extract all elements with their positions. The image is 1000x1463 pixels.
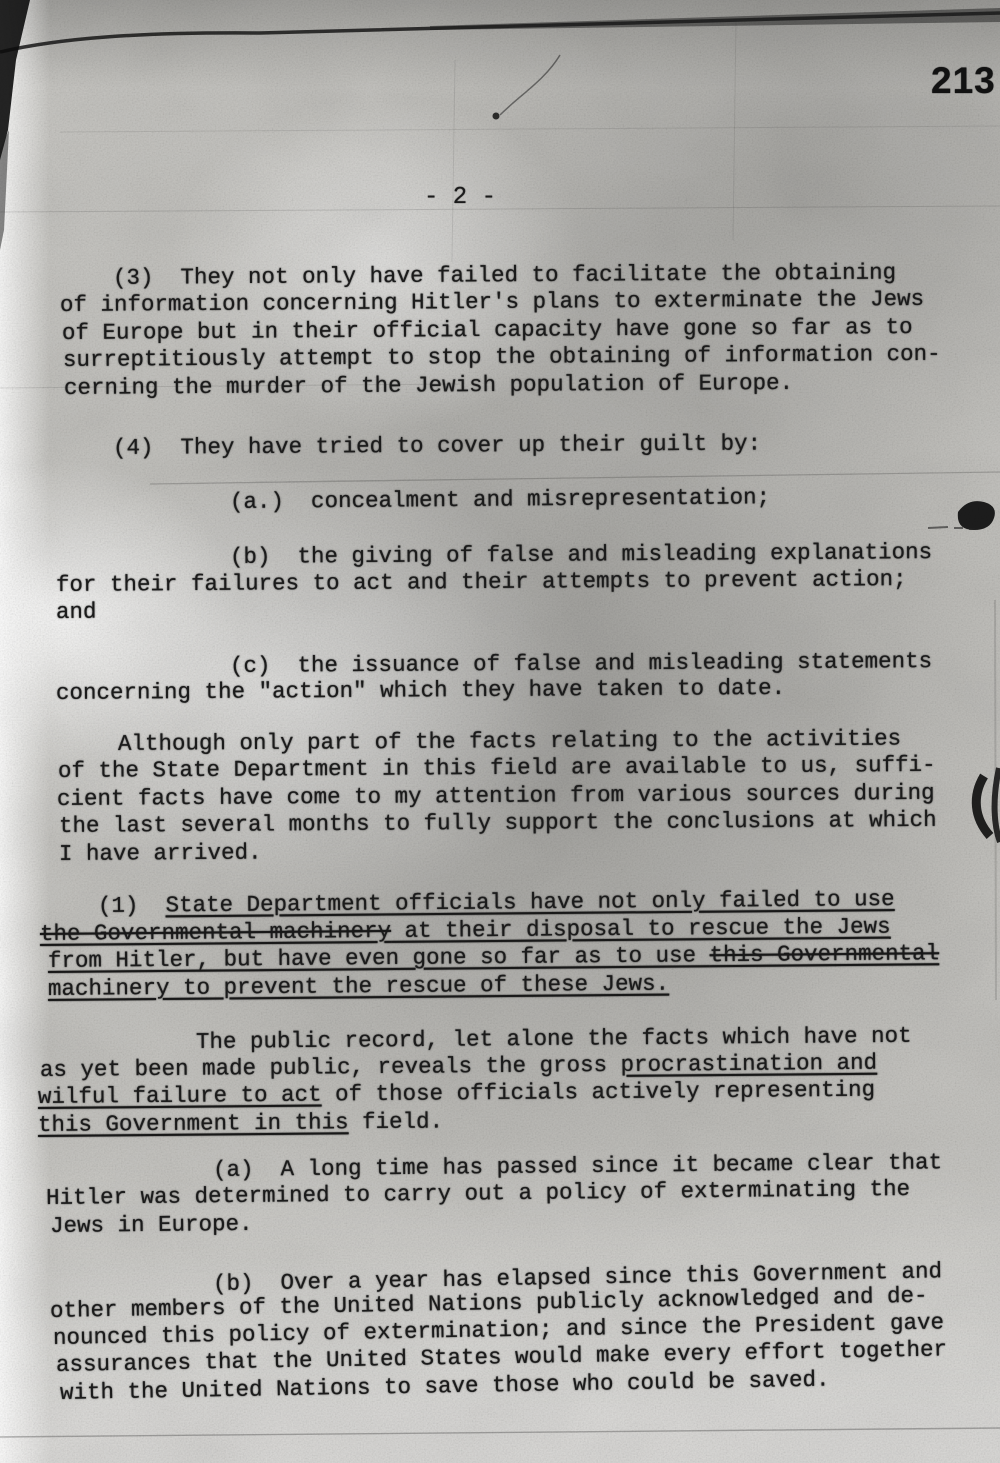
text-line: surreptitiously attempt to stop the obta… [63, 342, 941, 372]
ink-dot [493, 113, 500, 120]
text-line: (a.) concealment and misrepresentation; [230, 485, 770, 514]
pen-mark-edge [995, 768, 1000, 842]
text-line: of information concerning Hitler's plans… [60, 287, 924, 317]
page-edge-line [0, 13, 1000, 52]
text-line: (1) State Department officials have not … [98, 887, 895, 918]
text-line: I have arrived. [59, 841, 262, 866]
text-line: wilful failure to act of those officials… [38, 1078, 875, 1109]
ink-blob-dashes [928, 527, 975, 529]
text-line: cient facts have come to my attention fr… [57, 781, 935, 811]
text-line: (b) the giving of false and misleading e… [230, 540, 932, 569]
text-line: (4) They have tried to cover up their gu… [113, 431, 761, 460]
text-line: concerning the "action" which they have … [56, 676, 785, 705]
text-line: of the State Department in this field ar… [58, 753, 936, 783]
ink-blob-upper [958, 501, 995, 530]
text-line: from Hitler, but have even gone so far a… [48, 941, 939, 973]
page-number-label: - 2 - [424, 184, 496, 211]
text-line: cerning the murder of the Jewish populat… [64, 371, 793, 400]
crease-mark [500, 55, 560, 115]
text-line: the last several months to fully support… [59, 808, 937, 838]
stamp-number: 213 [931, 60, 996, 102]
text-line: this Government in this field. [38, 1109, 443, 1137]
text-line: machinery to prevent the rescue of these… [48, 972, 669, 1001]
corner-shadow [0, 0, 30, 160]
text-line: Hitler was determined to carry out a pol… [46, 1177, 910, 1210]
document-page: 213 - 2 - (3) They not only have failed … [0, 0, 1000, 1463]
text-line: Although only part of the facts relating… [118, 727, 901, 756]
corner-shadow-soft [0, 130, 9, 250]
text-line: (3) They not only have failed to facilit… [113, 261, 896, 290]
text-line: and [56, 600, 97, 624]
pen-mark-lower [976, 776, 990, 836]
text-line: for their failures to act and their atte… [56, 567, 907, 597]
text-line: (c) the issuance of false and misleading… [230, 649, 932, 678]
text-line: Jews in Europe. [50, 1212, 253, 1238]
page-edge-shadow [430, 8, 1000, 30]
text-line: of Europe but in their official capacity… [62, 315, 913, 345]
